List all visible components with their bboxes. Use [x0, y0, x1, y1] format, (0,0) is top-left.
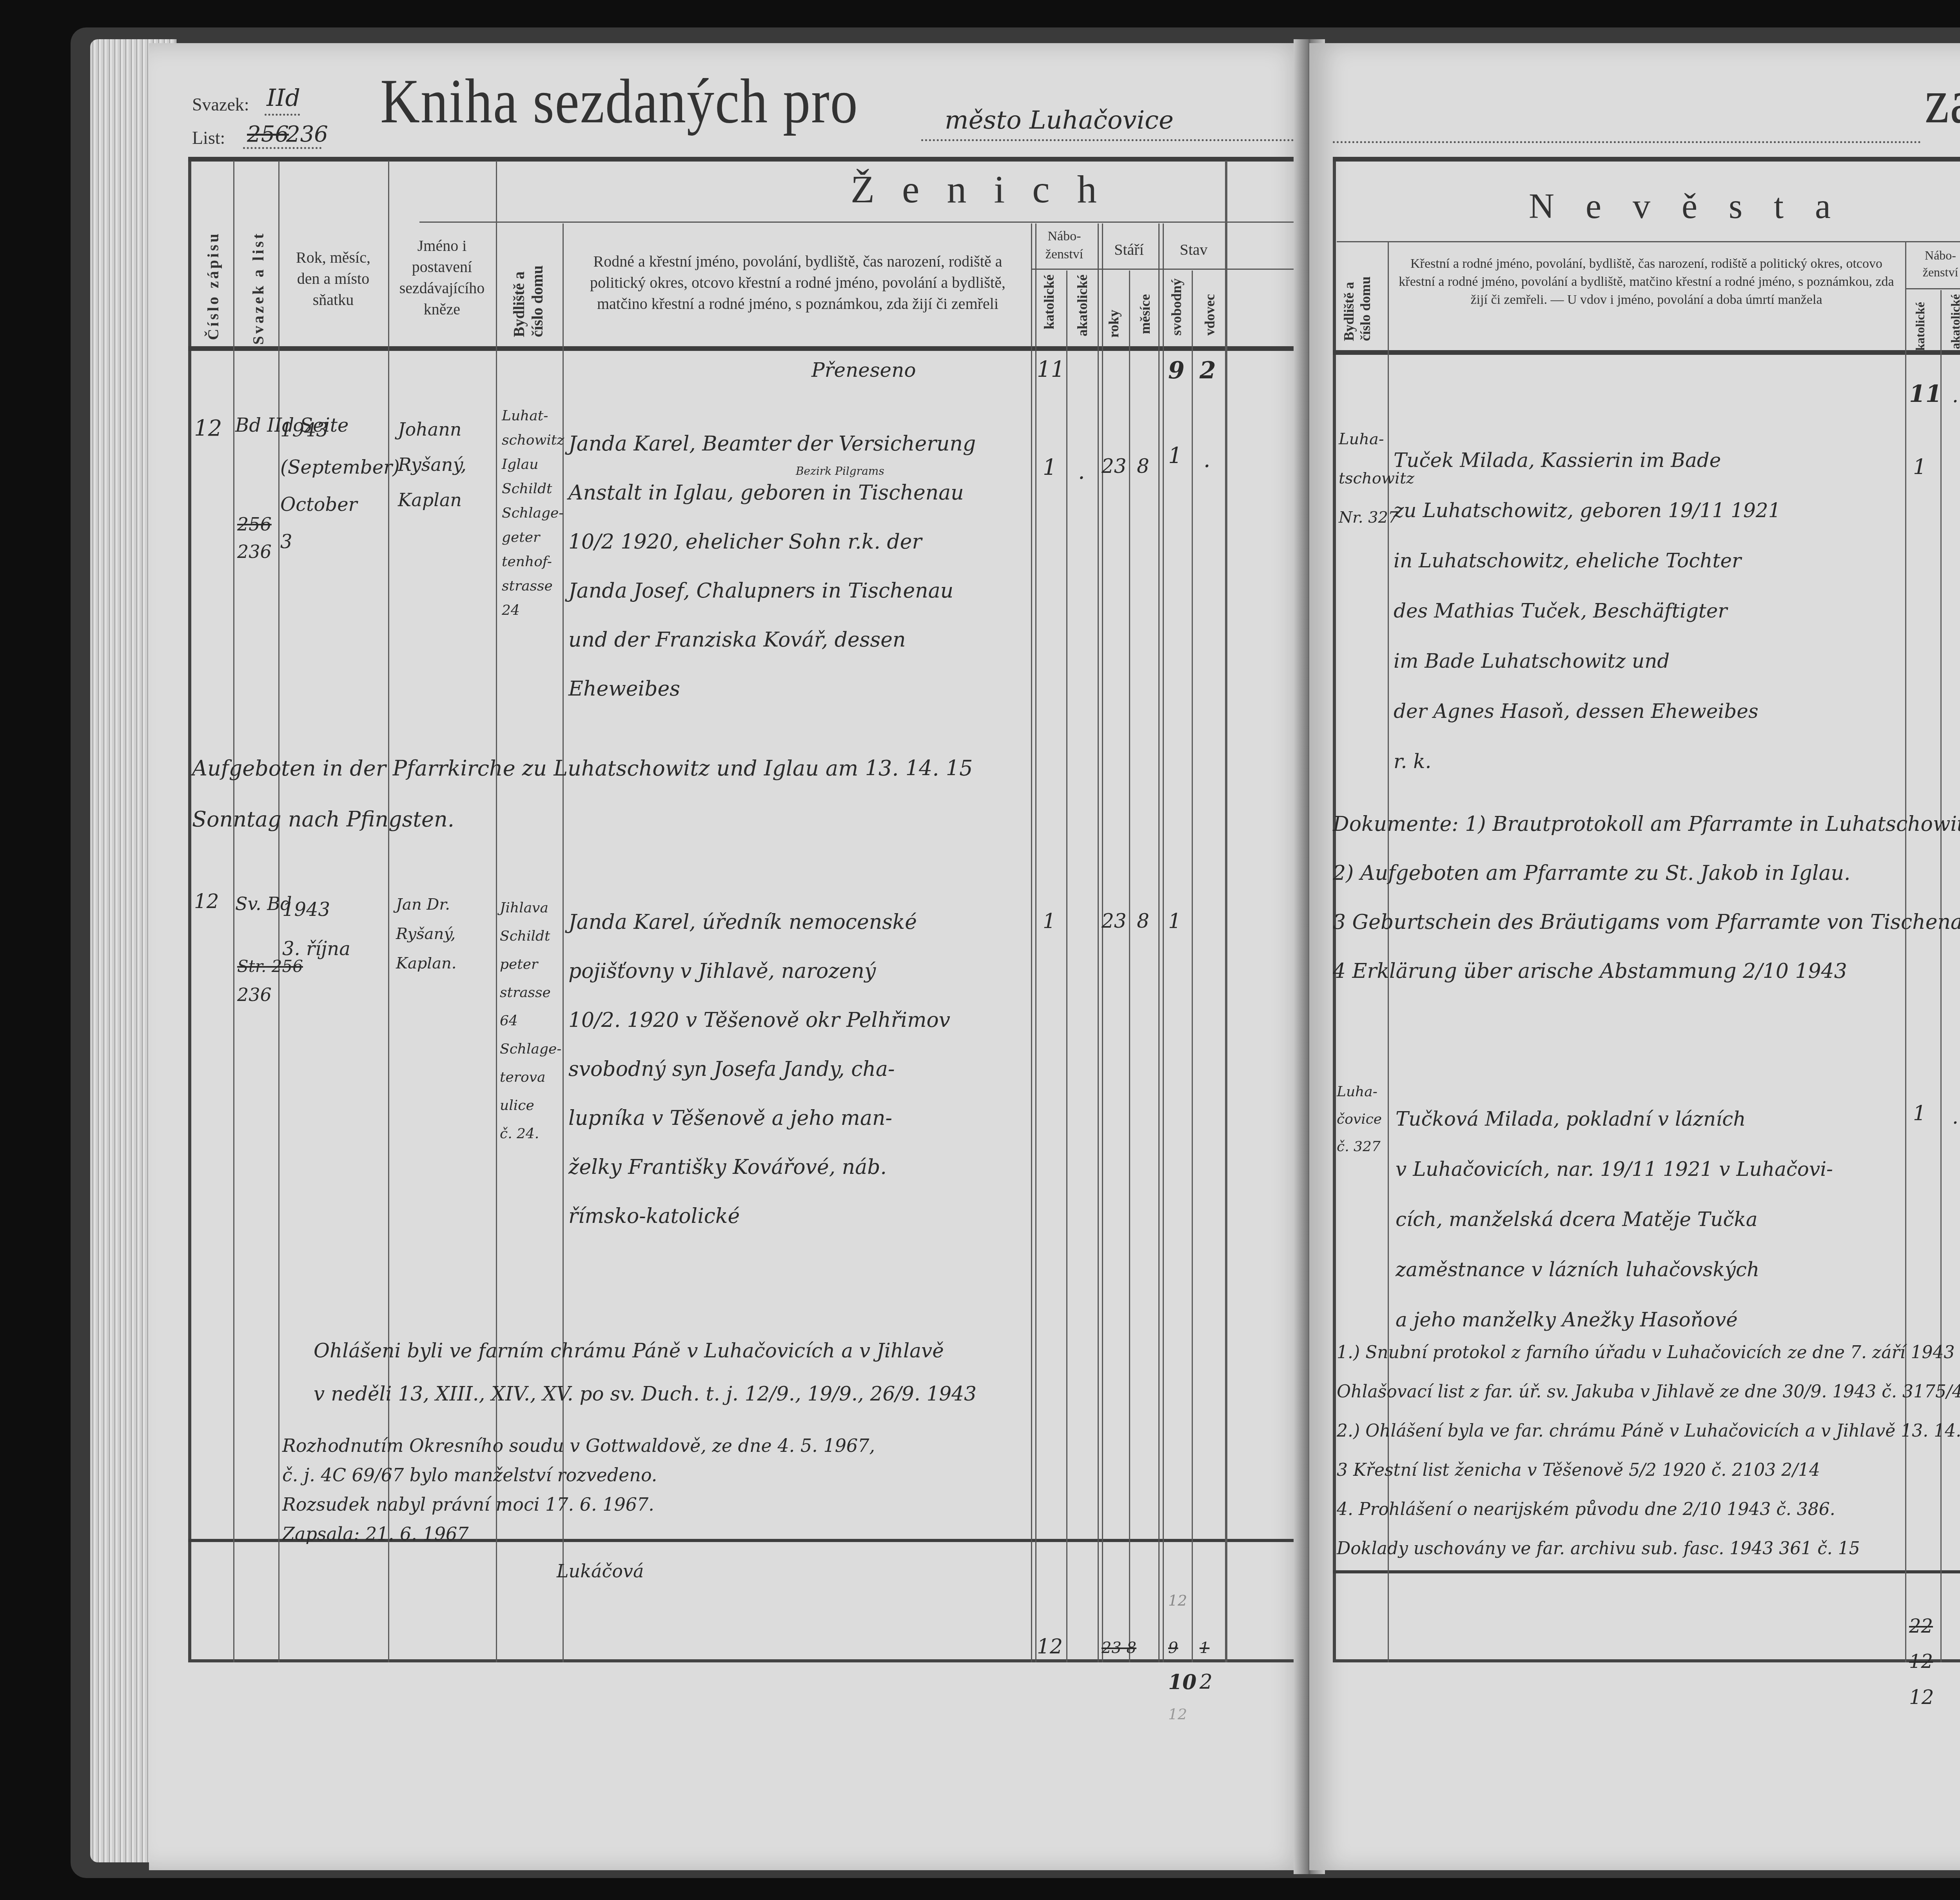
entry-cislo: 12: [194, 416, 222, 441]
total-svobodny: 10: [1168, 1670, 1196, 1694]
book-title: Kniha sezdaných pro: [380, 65, 858, 138]
totals-rule: [1333, 1570, 1960, 1573]
entry-text: Janda Karel, Beamter der Versicherung An…: [568, 420, 976, 714]
banns-czech: Ohlášeni byli ve farním chrámu Páně v Lu…: [314, 1329, 976, 1415]
header-akatolicke: akatolické: [1074, 274, 1091, 336]
table-top-rule: [1333, 157, 1960, 162]
list-value-struck: 256: [247, 122, 289, 147]
bride-section-header: Nevěsta: [1529, 186, 1862, 227]
entry-vdovec: .: [1203, 447, 1210, 472]
entry-text: Tučková Milada, pokladní v lázních v Luh…: [1396, 1094, 1833, 1345]
col-divider: [1192, 271, 1193, 1662]
col-divider: [233, 161, 234, 1662]
total-svobodny-struck: 9: [1168, 1639, 1178, 1657]
carried-over-katolicke: 11: [1037, 357, 1065, 382]
header-svobodny: svobodný: [1168, 278, 1185, 336]
entry-mesice: 8: [1137, 455, 1149, 478]
banns-german: Aufgeboten in der Pfarrkirche zu Luhatsc…: [192, 743, 973, 845]
total-faded-bottom: 12: [1168, 1706, 1187, 1723]
stats-subheader-rule: [1031, 269, 1309, 270]
groom-subheader-rule: [419, 222, 1309, 223]
header-stari: Stáří: [1102, 239, 1156, 260]
header-description: Rodné a křestní jméno, povolání, bydlišt…: [568, 251, 1027, 314]
total-roky-struck: 23 8: [1102, 1639, 1136, 1657]
entry-akatolicke: .: [1078, 459, 1085, 484]
entry-cislo: 12: [194, 890, 219, 913]
table-top-rule: [188, 157, 1309, 162]
entry-bydliste: Jihlava Schildt peter strasse 64 Schlage…: [500, 894, 562, 1148]
registrar-signature: Lukáčová: [557, 1560, 644, 1582]
total-vdovec: 2: [1200, 1670, 1212, 1694]
groom-section-header: Ženich: [851, 167, 1124, 212]
svazek-dotline: [265, 114, 300, 116]
entry-akatolicke: .: [1952, 1106, 1958, 1128]
entry-katolicke: 1: [1043, 455, 1057, 480]
bride-subheader-rule: [1337, 241, 1960, 242]
divorce-note: Rozhodnutím Okresního soudu v Gottwaldov…: [282, 1431, 875, 1549]
list-value: 236: [286, 122, 328, 147]
entry-list: 236: [237, 541, 272, 562]
entry-bydliste: Luhat- schowitz Iglau Schildt Schlage- g…: [502, 404, 564, 623]
col-divider: [1129, 271, 1130, 1662]
header-svazek-a-list: Svazek a list: [249, 231, 267, 345]
header-katolicke: katolické: [1913, 302, 1927, 351]
entry-text: Janda Karel, úředník nemocenské pojišťov…: [568, 898, 950, 1241]
total-katolicke-mid: 12: [1909, 1651, 1933, 1673]
total-katolicke: 12: [1037, 1635, 1063, 1658]
header-vdovec: vdovec: [1201, 294, 1218, 336]
col-divider: [1158, 223, 1164, 1662]
header-bydliste: Bydliště a číslo domu: [510, 263, 549, 337]
total-katolicke-struck: 22: [1909, 1615, 1933, 1637]
svazek-label: Svazek:: [192, 94, 249, 115]
header-cislo-zapisu: Číslo zápisu: [204, 231, 222, 340]
header-bydliste: Bydliště a číslo domu: [1341, 255, 1380, 341]
entry-svobodny: 1: [1168, 443, 1182, 469]
entry-katolicke: 1: [1913, 455, 1926, 480]
total-faded-top: 12: [1168, 1592, 1187, 1609]
entry-roky: 23: [1102, 910, 1127, 932]
col-divider: [1031, 223, 1036, 1662]
header-mesice: měsíce: [1137, 294, 1153, 334]
entry-priest: Johann Ryšaný, Kaplan: [398, 412, 466, 518]
entry-date: 1943 (September) October 3: [280, 412, 400, 561]
entry-list: 236: [237, 984, 272, 1005]
header-bottom-rule: [1333, 350, 1960, 355]
header-akatolicke: akatolické: [1948, 294, 1960, 349]
col-divider: [1225, 161, 1227, 1662]
carried-over-katolicke: 11: [1909, 380, 1942, 408]
header-nabozenstvi: Nábo-ženství: [1033, 227, 1096, 263]
svazek-value: IId: [267, 84, 300, 112]
documents-german: Dokumente: 1) Brautprotokoll am Pfarramt…: [1333, 800, 1960, 996]
entry-mesice: 8: [1137, 910, 1149, 932]
col-divider: [1098, 223, 1103, 1662]
header-stav: Stav: [1162, 239, 1225, 260]
left-page: Svazek: IId List: 256 236 Kniha sezdanýc…: [149, 43, 1309, 1870]
list-label: List:: [192, 127, 225, 148]
total-vdovec-struck: 1: [1200, 1639, 1209, 1657]
carried-over-vdovec: 2: [1200, 357, 1216, 384]
header-description: Křestní a rodné jméno, povolání, bydlišt…: [1394, 255, 1899, 309]
title-dotline: [921, 139, 1309, 141]
entry-list-struck: 256: [237, 514, 272, 535]
entry-katolicke: 1: [1913, 1102, 1926, 1125]
carried-over-label: Přeneseno: [811, 359, 916, 381]
documents-czech: 1.) Snubní protokol z farního úřadu v Lu…: [1337, 1333, 1960, 1568]
header-roky: roky: [1105, 310, 1122, 338]
header-rok-mesic: Rok, měsíc, den a místo sňatku: [284, 247, 382, 311]
carried-over-akatolicke: .: [1952, 384, 1958, 407]
col-divider: [1066, 271, 1067, 1662]
entry-katolicke: 1: [1043, 910, 1056, 933]
stats-subheader-rule: [1905, 288, 1960, 289]
entry-priest: Jan Dr. Ryšaný, Kaplan.: [396, 890, 456, 978]
header-nabozenstvi: Nábo-ženství: [1907, 247, 1960, 281]
header-jmeno-knize: Jméno i postavení sezdávajícího kněze: [394, 235, 490, 320]
entry-date: 1943 3. října: [282, 890, 350, 968]
entry-roky: 23: [1102, 455, 1127, 478]
entry-text: Tuček Milada, Kassierin im Bade zu Luhat…: [1394, 435, 1780, 787]
title-dotline-right: [1333, 141, 1921, 143]
title-suffix: za rok: [1925, 65, 1960, 138]
entry-bydliste: Luha- čovice č. 327: [1337, 1078, 1382, 1161]
header-bottom-rule: [188, 346, 1309, 351]
header-katolicke: katolické: [1041, 274, 1057, 329]
total-katolicke: 12: [1909, 1686, 1934, 1709]
list-dotline: [243, 147, 321, 149]
entry-svobodny: 1: [1168, 910, 1181, 933]
right-page: za rok 1900 Nevěsta Svědci Bydliště a čí…: [1309, 43, 1960, 1870]
carried-over-svobodny: 9: [1168, 357, 1185, 384]
title-place-handwritten: město Luhačovice: [945, 106, 1174, 135]
